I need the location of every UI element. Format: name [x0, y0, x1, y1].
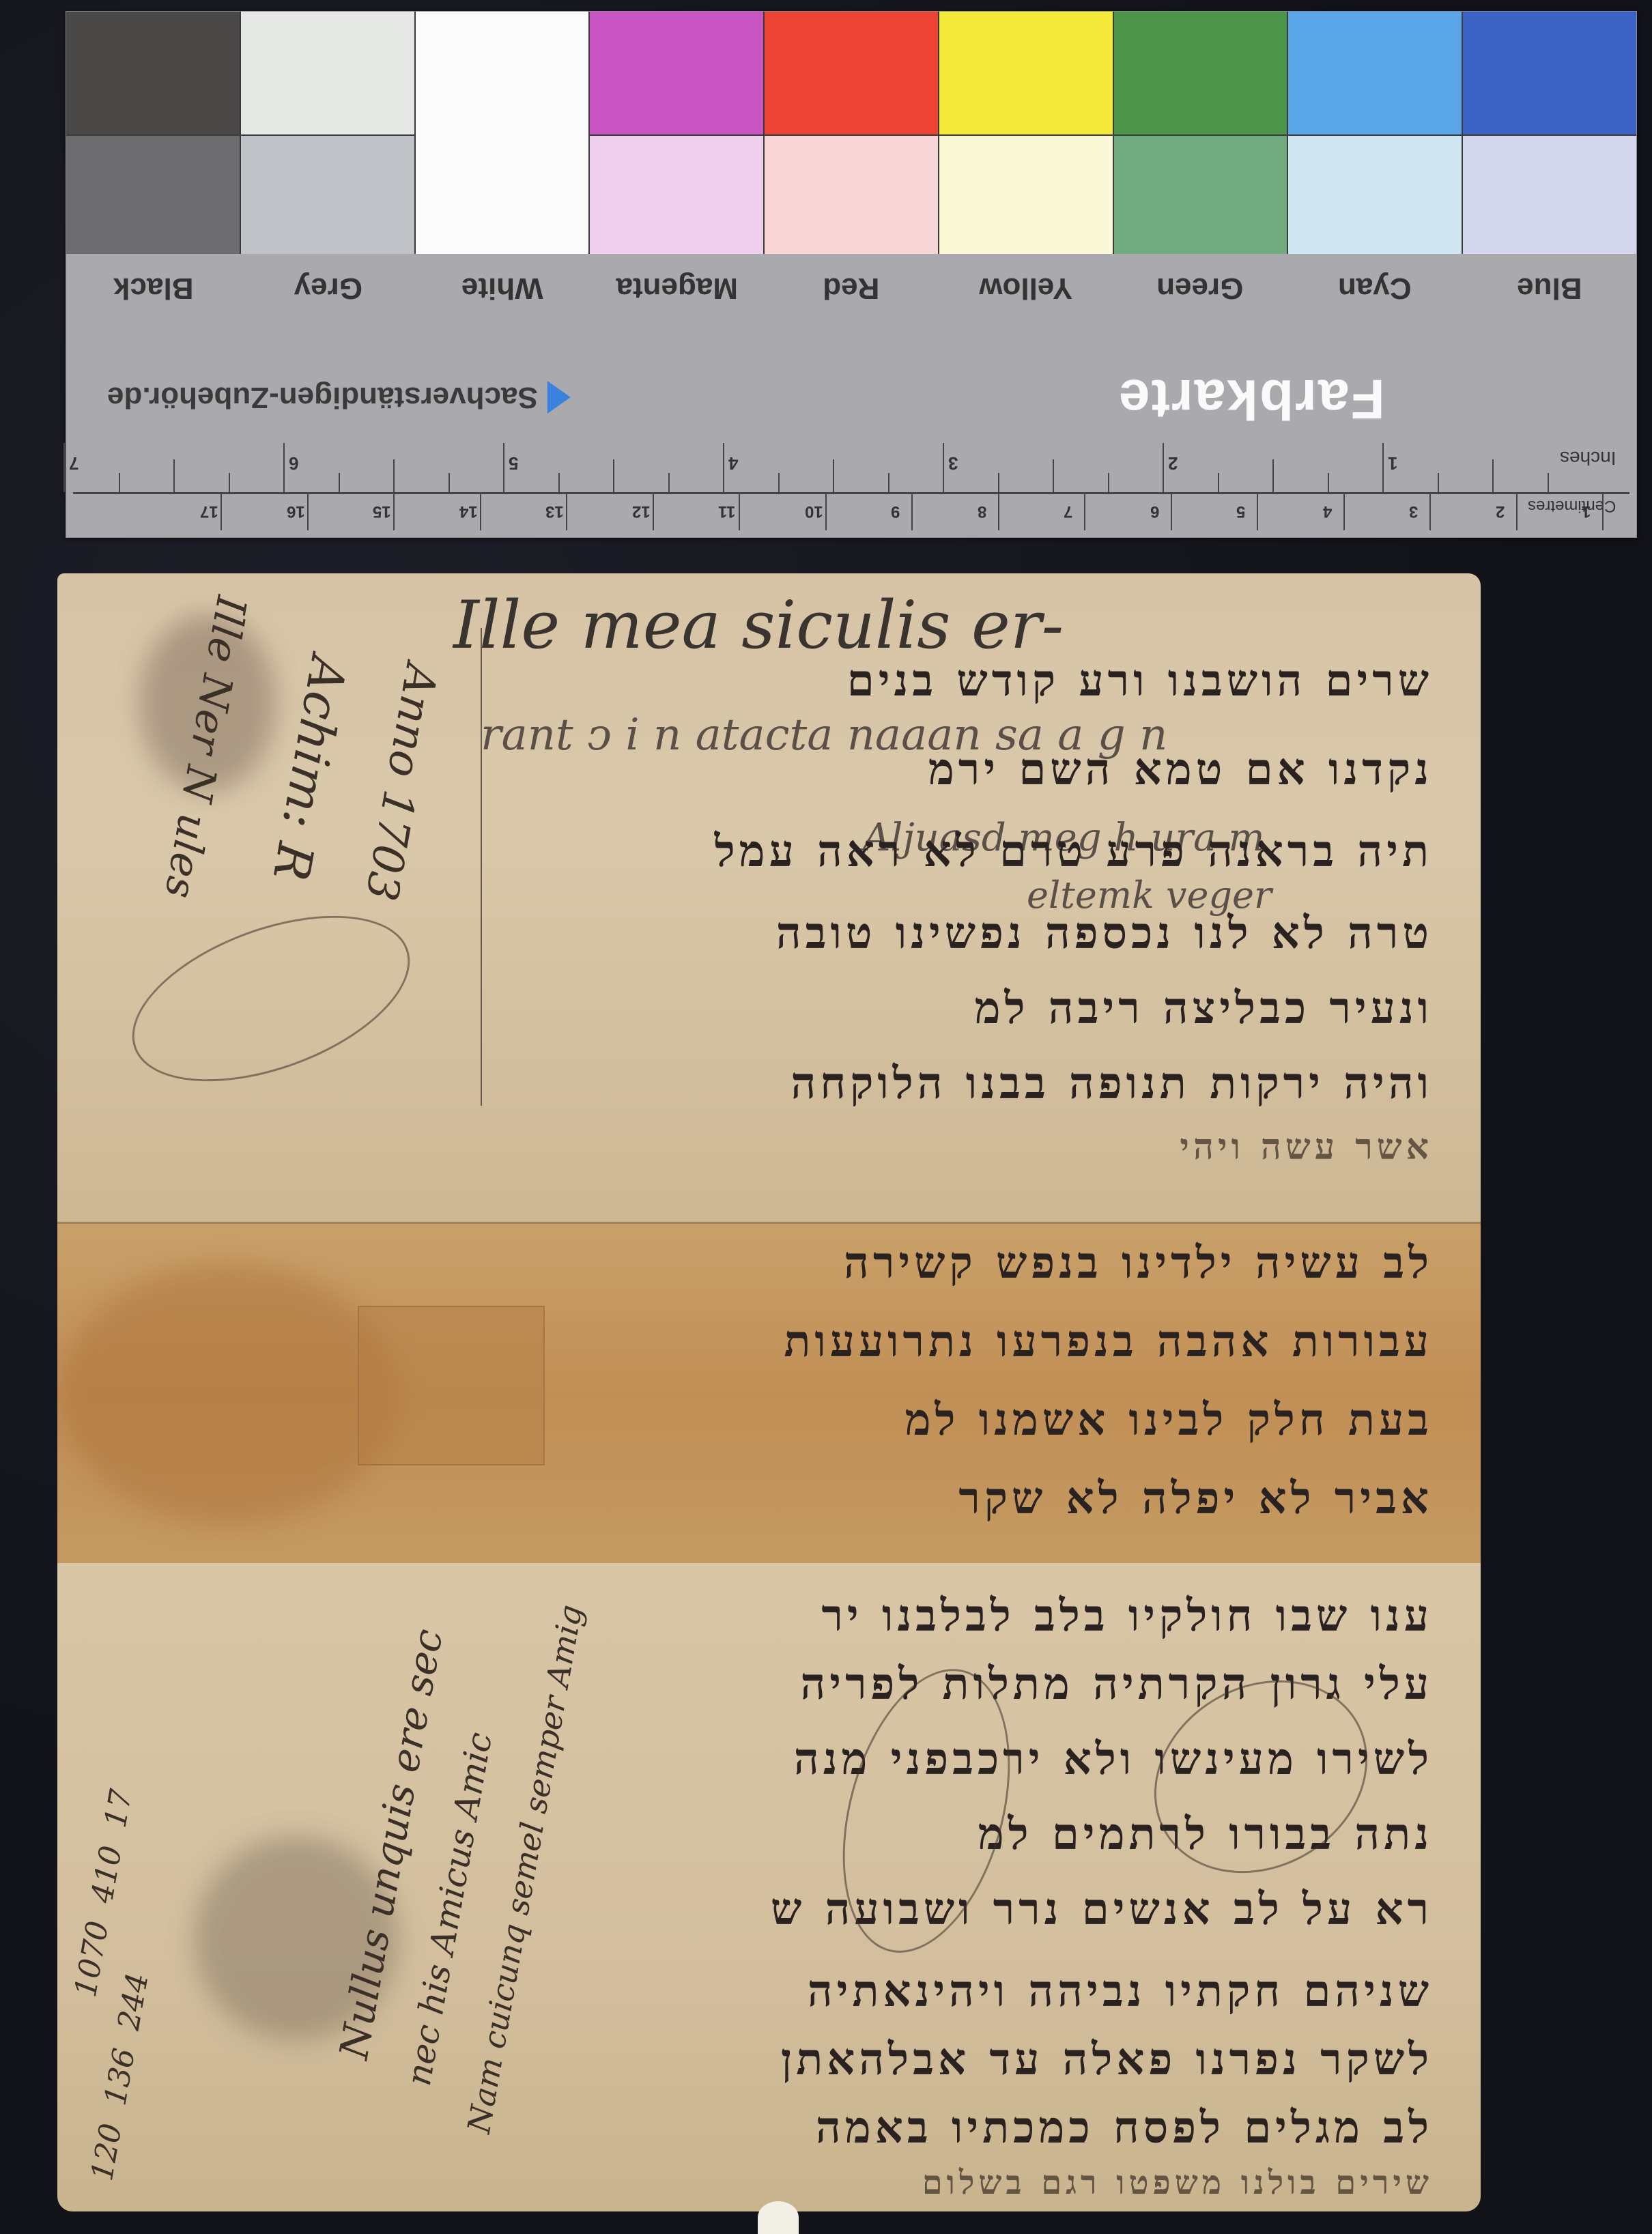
- ruler-tick: [503, 443, 504, 492]
- cm-cell: [739, 493, 740, 530]
- ruler-tick: [119, 473, 120, 492]
- swatch-label-black: Black: [66, 257, 241, 319]
- ruler-tick: [229, 473, 230, 492]
- ruler-tick: [448, 473, 450, 492]
- margin-numbers: 1070 410 17: [68, 1787, 139, 2000]
- hebrew-line: לב מגלים לפסח כמכתיו באמה: [816, 2102, 1433, 2153]
- ruler-tick: [1548, 473, 1549, 492]
- cm-cell: [1084, 493, 1085, 530]
- repair-patch: [358, 1306, 545, 1465]
- ruler-tick: [283, 443, 285, 492]
- ruler-tick: [778, 473, 780, 492]
- ruler-tick: [63, 443, 65, 492]
- cm-mark: 11: [718, 502, 735, 521]
- hebrew-line: נקדנו אם טמא השם ירמ: [928, 744, 1433, 795]
- cm-mark: 16: [287, 502, 305, 521]
- cm-cell: [1343, 493, 1345, 530]
- swatch-cyan: [1288, 12, 1463, 254]
- ruling-line: [481, 628, 482, 1106]
- ruler-tick: [1492, 459, 1494, 492]
- cm-cell: [1429, 493, 1431, 530]
- cm-mark: 4: [1323, 502, 1332, 521]
- hebrew-line: עבורות אהבה בנפרעו נתרועעות: [784, 1316, 1433, 1367]
- cm-cell: [998, 493, 999, 530]
- manuscript-middle-panel: לב עשיה ילדינו בנפש קשירה עבורות אהבה בנ…: [57, 1222, 1481, 1567]
- swatch-label-white: White: [415, 257, 590, 319]
- swatch-label-cyan: Cyan: [1287, 257, 1462, 319]
- hebrew-line: אביר לא יפלה לא שקר: [958, 1473, 1433, 1524]
- swatch-label-green: Green: [1113, 257, 1287, 319]
- ruler-tick: [1438, 473, 1439, 492]
- inches-label: Inches: [1560, 447, 1617, 469]
- swatch-blue: [1463, 12, 1636, 254]
- hebrew-line: ונעיר כבליצה ריבה למ: [975, 983, 1433, 1034]
- swatch-label-grey: Grey: [241, 257, 416, 319]
- ruler-tick: [1108, 473, 1109, 492]
- hebrew-line: שרים הושבנו ורע קודש בנים: [847, 655, 1433, 706]
- swatch-black: [66, 12, 241, 254]
- inch-scale: Inches 1234567: [73, 435, 1629, 494]
- cm-mark: 8: [978, 502, 986, 521]
- ruler-tick: [888, 473, 889, 492]
- cm-mark: 5: [1236, 502, 1245, 521]
- cm-cell: [220, 493, 222, 530]
- hebrew-line: בעת חלק לבינו אשמנו למ: [905, 1394, 1433, 1446]
- swatch-yellow: [939, 12, 1114, 254]
- book-support: [758, 2201, 799, 2234]
- swatch-red: [765, 12, 939, 254]
- hebrew-line: לב עשיה ילדינו בנפש קשירה: [844, 1237, 1433, 1289]
- swatch-labels: Black Grey White Magenta Red Yellow Gree…: [66, 257, 1636, 319]
- cm-cell: [1516, 493, 1518, 530]
- hebrew-line: לשקר נפרנו פאלה עד אבלהאתן: [781, 2034, 1433, 2085]
- manuscript-top-panel: Ille mea siculis er- rant ↄ i n atacta n…: [57, 573, 1481, 1222]
- pen-flourish: [111, 883, 432, 1114]
- cm-cell: [480, 493, 481, 530]
- cm-mark: 10: [805, 502, 823, 521]
- ruler-tick: [1053, 459, 1054, 492]
- cm-cell: [825, 493, 827, 530]
- color-swatches: [66, 12, 1636, 254]
- ruler: Inches 1234567 Centimetres 1234567891011…: [73, 435, 1629, 530]
- cm-cell: [307, 493, 309, 530]
- cm-mark: 12: [632, 502, 651, 521]
- inch-mark: 5: [509, 453, 518, 474]
- ruler-tick: [339, 473, 340, 492]
- hebrew-line: ענו שבו חולקיו בלב לבלבנו יר: [821, 1590, 1433, 1642]
- inch-mark: 3: [948, 453, 958, 474]
- cm-mark: 9: [891, 502, 900, 521]
- ruler-tick: [1272, 459, 1274, 492]
- swatch-white: [416, 12, 590, 254]
- cm-cell: [911, 493, 913, 530]
- centimetre-scale: Centimetres 1234567891011121314151617: [73, 493, 1629, 530]
- ruler-tick: [1218, 473, 1219, 492]
- inch-mark: 6: [289, 453, 298, 474]
- ruler-tick: [668, 473, 670, 492]
- inch-mark: 1: [1388, 453, 1397, 474]
- margin-annotation: Achim: R: [262, 652, 358, 885]
- hebrew-line: שירים בולנו משפטו רגם בשלום: [922, 2164, 1433, 2202]
- cm-mark: 3: [1409, 502, 1418, 521]
- ruler-tick: [1382, 443, 1384, 492]
- hebrew-line: טרה לא לנו נכספה נפשינו טובה: [776, 908, 1433, 959]
- swatch-label-blue: Blue: [1462, 257, 1637, 319]
- cm-mark: 7: [1064, 502, 1072, 521]
- ruler-tick: [1163, 443, 1164, 492]
- manuscript-bifolium: Ille mea siculis er- rant ↄ i n atacta n…: [57, 573, 1481, 2211]
- cm-mark: 2: [1496, 502, 1505, 521]
- hebrew-line: שניהם חקתיו נביהה ויהינאתיה: [808, 1966, 1433, 2017]
- cm-cell: [1171, 493, 1172, 530]
- brand-arrow-icon: [547, 381, 571, 414]
- hebrew-line: אשר עשה ויהי: [1180, 1126, 1433, 1168]
- swatch-label-yellow: Yellow: [939, 257, 1113, 319]
- cm-cell: [653, 493, 654, 530]
- brand-name: Sachverständigen-Zubehör.de: [107, 380, 538, 414]
- inch-mark: 7: [69, 453, 79, 474]
- cm-mark: 1: [1582, 502, 1591, 521]
- ruler-tick: [558, 473, 560, 492]
- swatch-magenta: [590, 12, 765, 254]
- ruler-tick: [943, 443, 944, 492]
- ruler-tick: [723, 443, 724, 492]
- water-stain: [57, 1265, 399, 1524]
- hebrew-line: והיה ירקות תנופה בבנו הלוקחה: [791, 1058, 1433, 1109]
- ruler-tick: [833, 459, 834, 492]
- brand-mark: Sachverständigen-Zubehör.de: [107, 380, 571, 414]
- swatch-green: [1114, 12, 1289, 254]
- swatch-label-magenta: Magenta: [590, 257, 765, 319]
- latin-heading: Ille mea siculis er-: [453, 587, 1064, 663]
- swatch-grey: [241, 12, 416, 254]
- ruler-tick: [393, 459, 395, 492]
- swatch-label-red: Red: [764, 257, 939, 319]
- ruler-tick: [1328, 473, 1329, 492]
- cm-mark: 14: [459, 502, 478, 521]
- inch-mark: 2: [1168, 453, 1178, 474]
- manuscript-bottom-panel: 1070 410 17 120 136 244 Nullus unquis er…: [57, 1563, 1481, 2211]
- ruler-tick: [998, 473, 999, 492]
- cm-mark: 17: [200, 502, 218, 521]
- card-title: Farbkarte: [1117, 367, 1385, 431]
- ruler-tick: [173, 459, 175, 492]
- margin-numbers: 120 136 244: [85, 1971, 156, 2183]
- ruler-tick: [613, 459, 614, 492]
- cm-mark: 13: [545, 502, 564, 521]
- color-calibration-card: Black Grey White Magenta Red Yellow Gree…: [66, 11, 1637, 538]
- cm-mark: 6: [1150, 502, 1159, 521]
- hebrew-line: תיה בראנה פרע טרם לא ראה עמל: [715, 826, 1433, 877]
- margin-annotation: Nam cuicunq semel semper Amig: [460, 1602, 589, 2136]
- cm-mark: 15: [373, 502, 391, 521]
- inch-mark: 4: [728, 453, 738, 474]
- cm-cell: [566, 493, 567, 530]
- cm-cell: [393, 493, 395, 530]
- cm-cell: [1602, 493, 1604, 530]
- margin-annotation: Anno 1703: [355, 660, 446, 904]
- cm-cell: [1257, 493, 1258, 530]
